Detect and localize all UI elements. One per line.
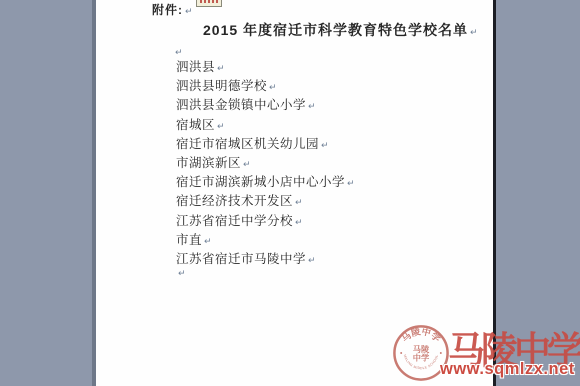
list-item: 泗洪县金锁镇中心小学↵ [176,96,355,115]
paragraph-mark-icon: ↵ [295,217,303,227]
paragraph-mark-icon: ↵ [308,255,316,265]
attachment-label: 附件:↵ [152,1,193,18]
page-title: 2015 年度宿迁市科学教育特色学校名单↵ [203,20,478,40]
page-title-text: 2015 年度宿迁市科学教育特色学校名单 [203,22,468,38]
paragraph-mark-icon: ↵ [175,47,183,57]
list-item-text: 宿城区 [176,118,215,132]
paragraph-mark-icon: ↵ [269,82,277,92]
paragraph-mark-icon: ↵ [347,178,355,188]
list-item: 江苏省宿迁中学分校↵ [176,212,355,231]
paragraph-mark-icon: ↵ [185,6,193,16]
paragraph-mark-icon: ↵ [243,159,251,169]
paragraph-mark-icon: ↵ [204,236,212,246]
document-viewer: 附件:↵ 2015 年度宿迁市科学教育特色学校名单↵ ↵ 泗洪县↵ 泗洪县明德学… [0,0,580,386]
paragraph-mark-icon: ↵ [295,197,303,207]
list-item: 江苏省宿迁市马陵中学↵ [176,250,355,269]
clipped-callout-text [200,0,218,3]
paragraph-mark-icon: ↵ [308,101,316,111]
list-item: 市湖滨新区↵ [176,154,355,173]
list-item: 宿城区↵ [176,116,355,135]
list-item: 泗洪县明德学校↵ [176,77,355,96]
list-item: 宿迁市宿城区机关幼儿园↵ [176,135,355,154]
paragraph-mark-icon: ↵ [217,63,225,73]
list-item-text: 市直 [176,233,202,247]
list-item-text: 泗洪县明德学校 [176,79,267,93]
list-item: 市直↵ [176,231,355,250]
list-item-text: 江苏省宿迁中学分校 [176,214,293,228]
paragraph-mark-icon: ↵ [178,268,186,278]
list-item-text: 宿迁市湖滨新城小店中心小学 [176,175,345,189]
list-item-text: 泗洪县 [176,60,215,74]
clipped-callout-box [196,0,222,7]
list-item-text: 市湖滨新区 [176,156,241,170]
paragraph-mark-icon: ↵ [321,140,329,150]
list-item-text: 江苏省宿迁市马陵中学 [176,252,306,266]
empty-paragraph: ↵ [176,263,186,281]
document-page: 附件:↵ 2015 年度宿迁市科学教育特色学校名单↵ ↵ 泗洪县↵ 泗洪县明德学… [96,0,493,386]
paragraph-mark-icon: ↵ [470,27,478,37]
list-item-text: 宿迁经济技术开发区 [176,194,293,208]
list-item: 宿迁经济技术开发区↵ [176,192,355,211]
school-list: 泗洪县↵ 泗洪县明德学校↵ 泗洪县金锁镇中心小学↵ 宿城区↵ 宿迁市宿城区机关幼… [176,58,355,269]
list-item-text: 泗洪县金锁镇中心小学 [176,98,306,112]
paragraph-mark-icon: ↵ [217,121,225,131]
list-item: 宿迁市湖滨新城小店中心小学↵ [176,173,355,192]
attachment-label-text: 附件: [152,3,183,17]
list-item-text: 宿迁市宿城区机关幼儿园 [176,137,319,151]
list-item: 泗洪县↵ [176,58,355,77]
page-right-edge [493,0,496,386]
